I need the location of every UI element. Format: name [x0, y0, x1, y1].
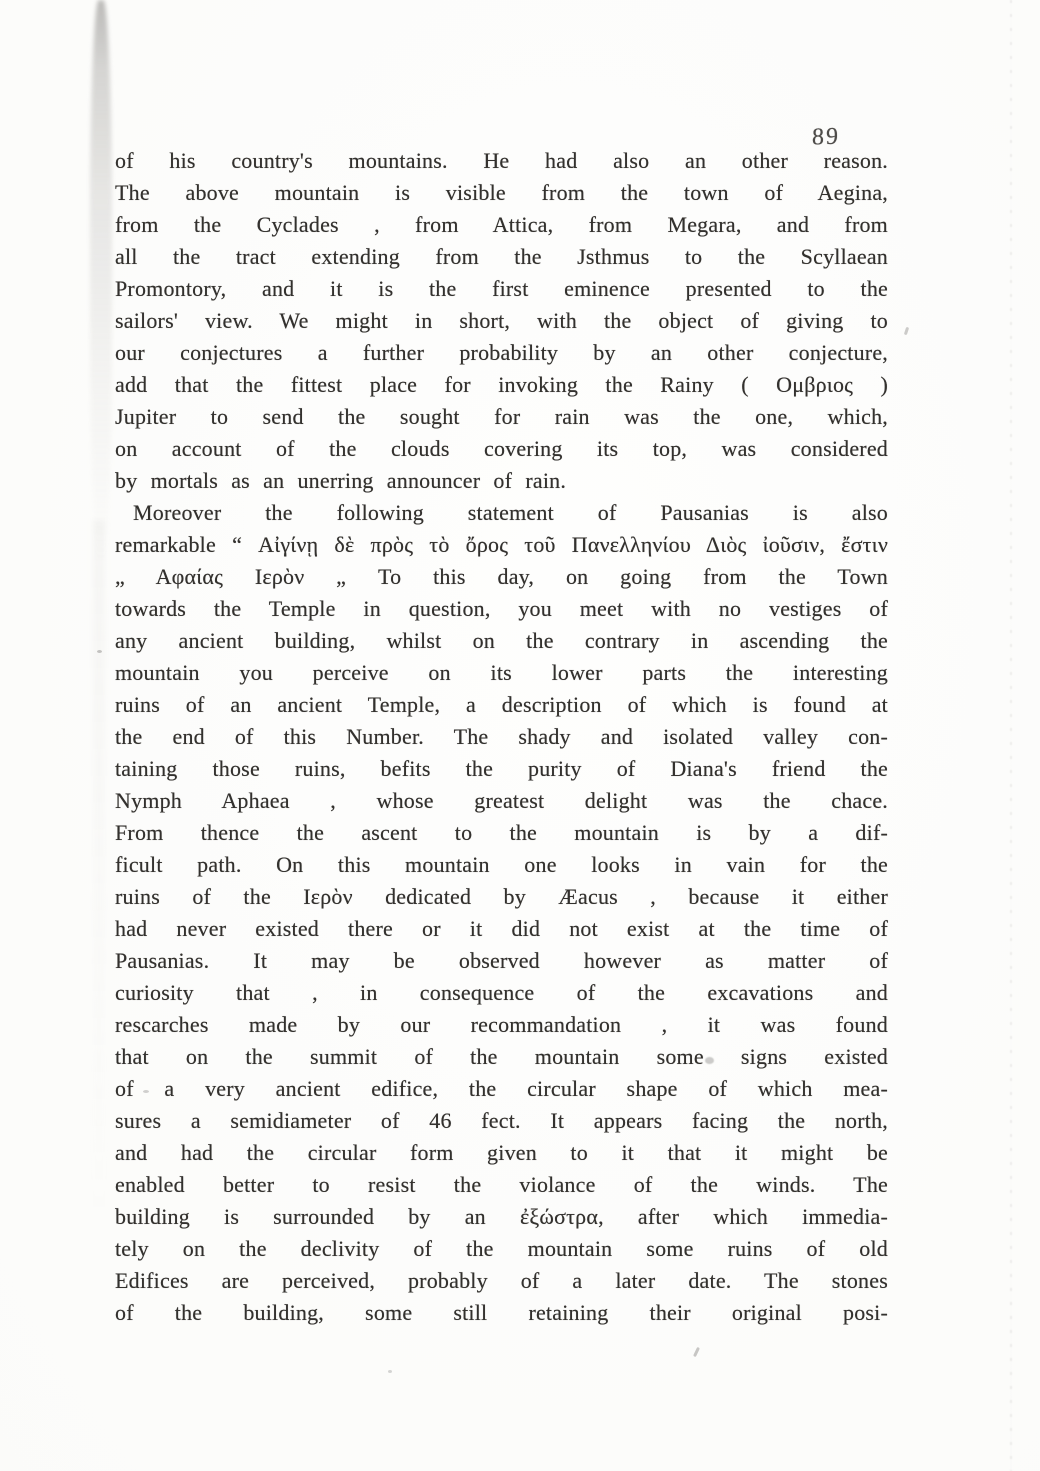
text-line: tely on the declivity of the mountain so…: [115, 1233, 888, 1265]
ink-speck: [97, 650, 102, 653]
text-line: Edifices are perceived, probably of a la…: [115, 1265, 888, 1297]
text-line: the end of this Number. The shady and is…: [115, 721, 888, 753]
body-text-block: of his country's mountains. He had also …: [115, 145, 888, 1329]
text-line: enabled better to resist the violance of…: [115, 1169, 888, 1201]
text-line: on account of the clouds covering its to…: [115, 433, 888, 465]
text-line: taining those ruins, befits the purity o…: [115, 753, 888, 785]
text-line: Pausanias. It may be observed however as…: [115, 945, 888, 977]
text-line: Nymph Aphaea , whose greatest delight wa…: [115, 785, 888, 817]
page-edge: [1010, 0, 1012, 1471]
text-line: Moreover the following statement of Paus…: [115, 497, 888, 529]
text-line: The above mountain is visible from the t…: [115, 177, 888, 209]
text-line: „ Αφαίας Ιερὸν „ To this day, on going f…: [115, 561, 888, 593]
text-line: that on the summit of the mountain some …: [115, 1041, 888, 1073]
text-line: had never existed there or it did not ex…: [115, 913, 888, 945]
text-line: ruins of the Ιερὸν dedicated by Æacus , …: [115, 881, 888, 913]
text-line: curiosity that , in consequence of the e…: [115, 977, 888, 1009]
ink-speck: [388, 1370, 392, 1373]
scanned-book-page: 89 of his country's mountains. He had al…: [0, 0, 1040, 1471]
gutter-shadow-lower: [93, 520, 105, 1220]
text-line: any ancient building, whilst on the cont…: [115, 625, 888, 657]
text-line: our conjectures a further probability by…: [115, 337, 888, 369]
gutter-shadow: [90, 0, 112, 560]
text-line: sailors' view. We might in short, with t…: [115, 305, 888, 337]
text-line: ficult path. On this mountain one looks …: [115, 849, 888, 881]
text-line: of a very ancient edifice, the circular …: [115, 1073, 888, 1105]
text-line: sures a semidiameter of 46 fect. It appe…: [115, 1105, 888, 1137]
text-line: of his country's mountains. He had also …: [115, 145, 888, 177]
text-line: of the building, some still retaining th…: [115, 1297, 888, 1329]
text-line: Jupiter to send the sought for rain was …: [115, 401, 888, 433]
text-line: all the tract extending from the Jsthmus…: [115, 241, 888, 273]
ink-speck: [143, 1090, 149, 1093]
text-line: from the Cyclades , from Attica, from Me…: [115, 209, 888, 241]
text-line: towards the Temple in question, you meet…: [115, 593, 888, 625]
text-line: From thence the ascent to the mountain i…: [115, 817, 888, 849]
text-line: Promontory, and it is the first eminence…: [115, 273, 888, 305]
text-line: add that the fittest place for invoking …: [115, 369, 888, 401]
ink-speck: [705, 1057, 714, 1064]
text-line: ruins of an ancient Temple, a descriptio…: [115, 689, 888, 721]
text-line: mountain you perceive on its lower parts…: [115, 657, 888, 689]
ink-speck: [904, 327, 909, 336]
text-line: building is surrounded by an ἐξώστρα, af…: [115, 1201, 888, 1233]
text-line: remarkable “ Αἰγίνῃ δὲ πρὸς τὸ ὄρος τοῦ …: [115, 529, 888, 561]
text-line: and had the circular form given to it th…: [115, 1137, 888, 1169]
text-line: rescarches made by our recommandation , …: [115, 1009, 888, 1041]
